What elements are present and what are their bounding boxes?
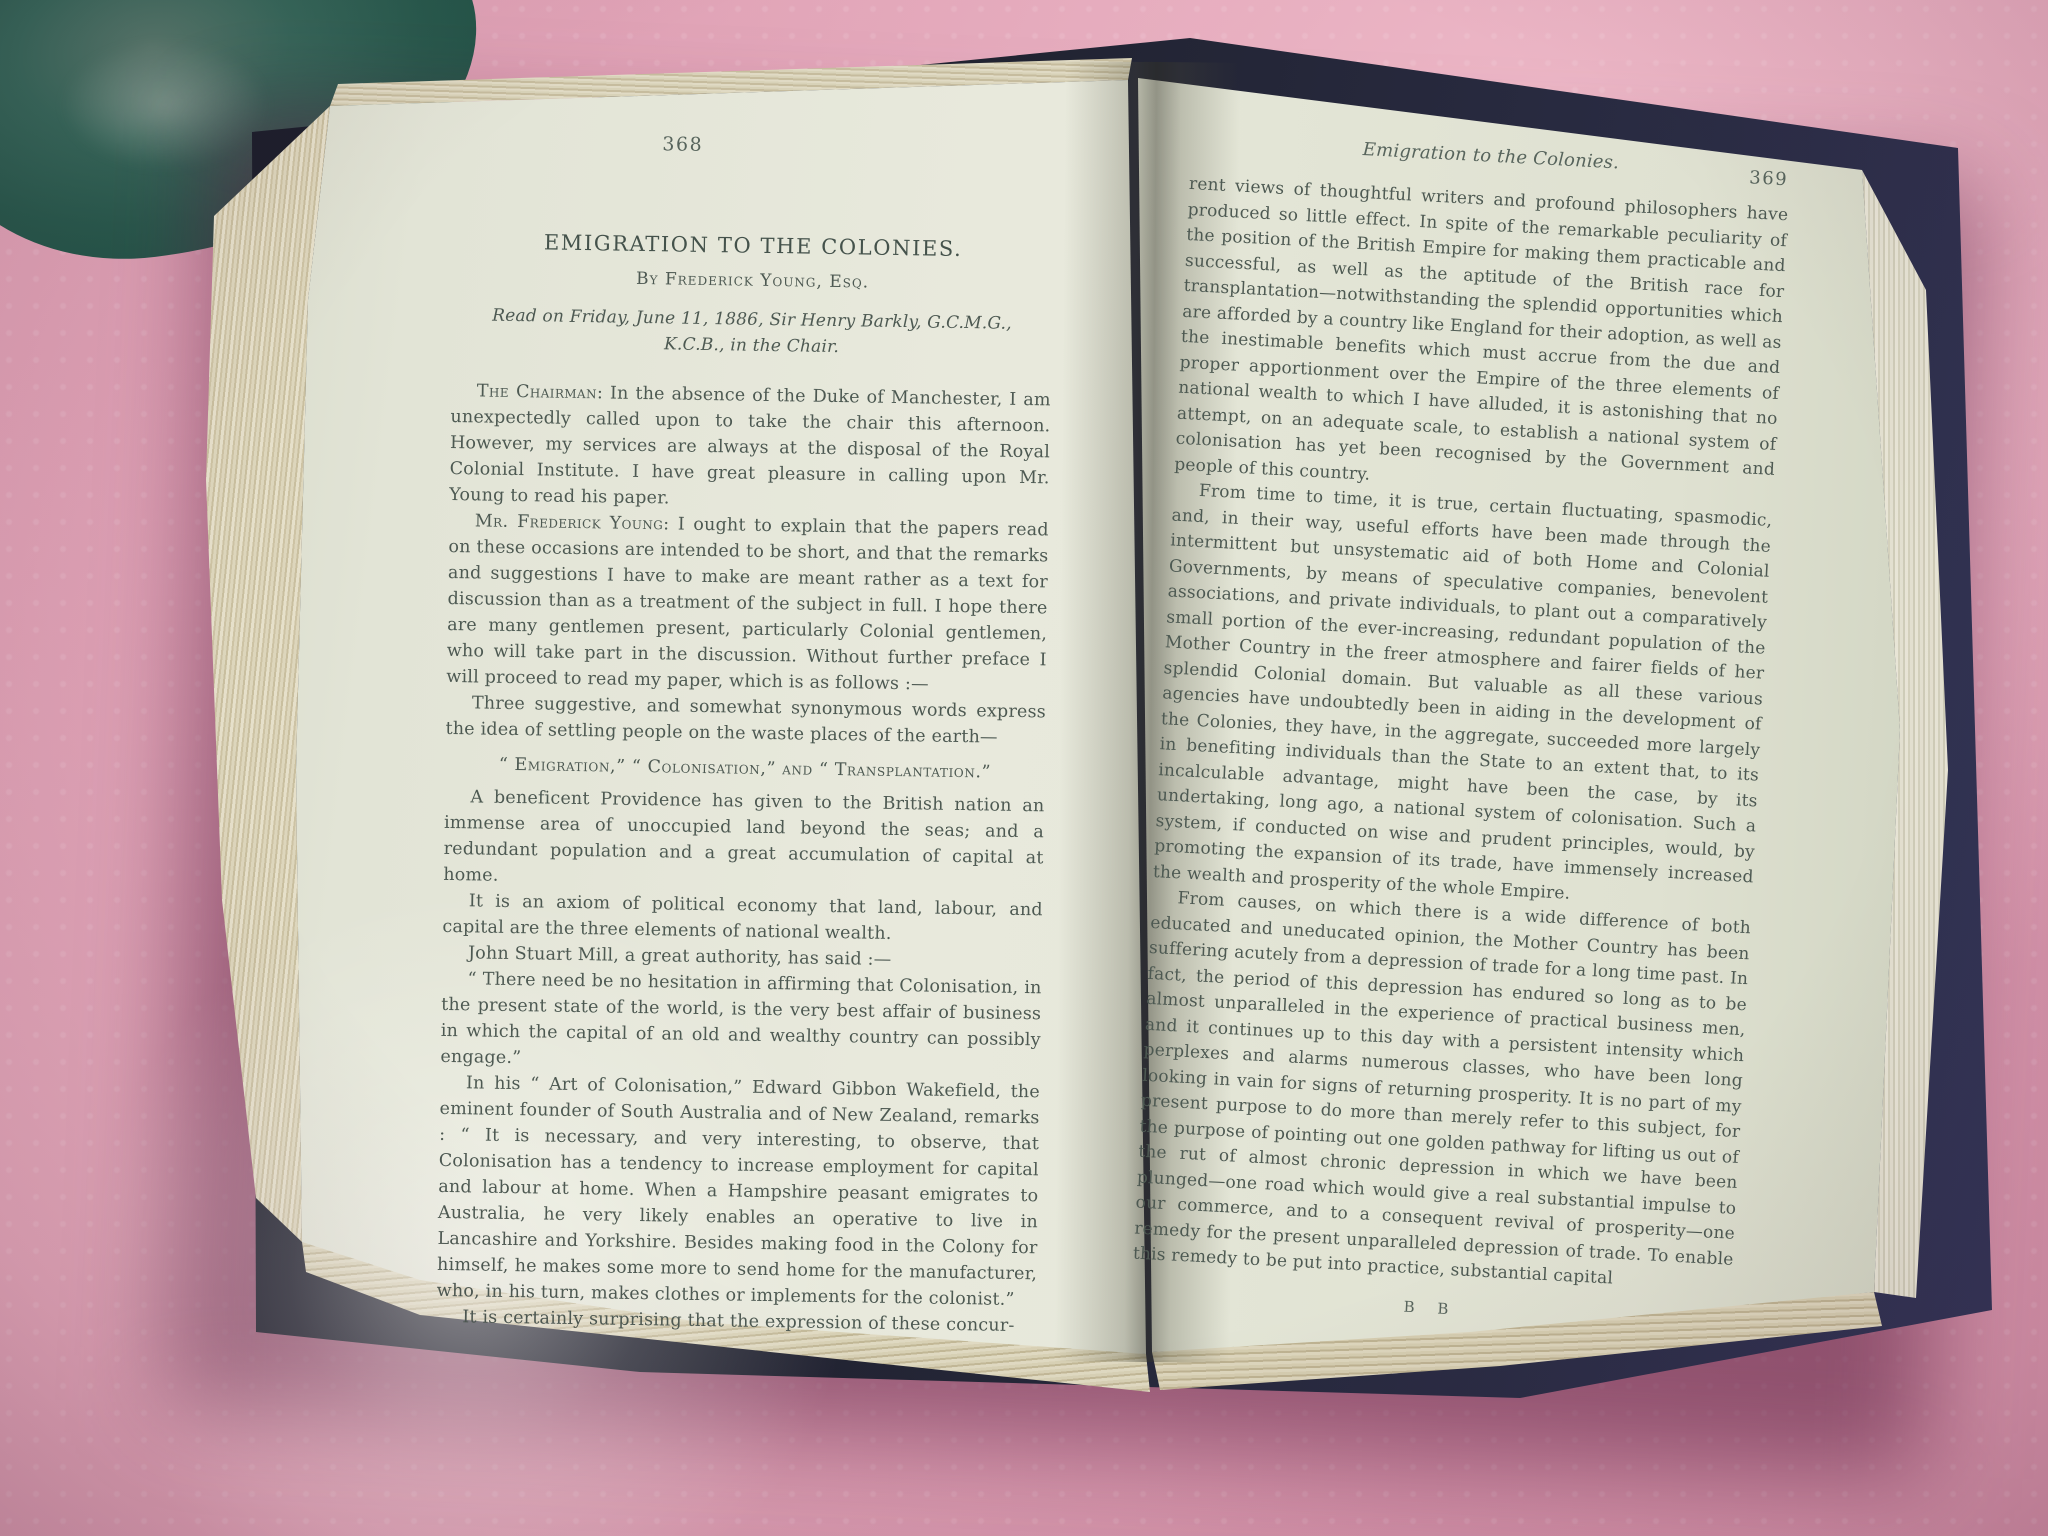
paragraph: “ There need be no hesitation in affirmi… — [440, 966, 1042, 1079]
paragraph: In his “ Art of Colonisation,” Edward Gi… — [437, 1070, 1041, 1313]
photo-of-open-book: 368 EMIGRATION TO THE COLONIES. By Frede… — [0, 0, 2048, 1536]
right-page-number: 369 — [1749, 165, 1789, 193]
right-page-text-column: Emigration to the Colonies. 369 rent vie… — [1131, 128, 1792, 1332]
paragraph: From time to time, it is true, certain f… — [1152, 478, 1773, 917]
paragraph: It is an axiom of political economy that… — [442, 888, 1043, 949]
article-byline: By Frederick Young, Esq. — [453, 265, 1053, 296]
paragraph: From causes, on which there is a wide di… — [1132, 885, 1751, 1298]
left-page-body: The Chairman: In the absence of the Duke… — [436, 378, 1051, 1339]
paragraph: Mr. Frederick Young: I ought to explain … — [446, 508, 1049, 699]
paragraph: “ Emigration,” “ Colonisation,” and “ Tr… — [445, 751, 1045, 786]
paragraph: rent views of thoughtful writers and pro… — [1174, 172, 1789, 509]
paragraph: A beneficent Providence has given to the… — [443, 784, 1045, 897]
speaker-name: The Chairman — [477, 381, 597, 403]
left-page-text-column: 368 EMIGRATION TO THE COLONIES. By Frede… — [436, 128, 1055, 1339]
paragraph: Three suggestive, and somewhat synonymou… — [445, 690, 1046, 751]
paragraph: The Chairman: In the absence of the Duke… — [449, 378, 1051, 517]
article-dateline: Read on Friday, June 11, 1886, Sir Henry… — [451, 302, 1052, 363]
right-page-body: rent views of thoughtful writers and pro… — [1132, 172, 1789, 1298]
article-title: EMIGRATION TO THE COLONIES. — [453, 228, 1053, 263]
speaker-name: Mr. Frederick Young — [475, 511, 664, 534]
